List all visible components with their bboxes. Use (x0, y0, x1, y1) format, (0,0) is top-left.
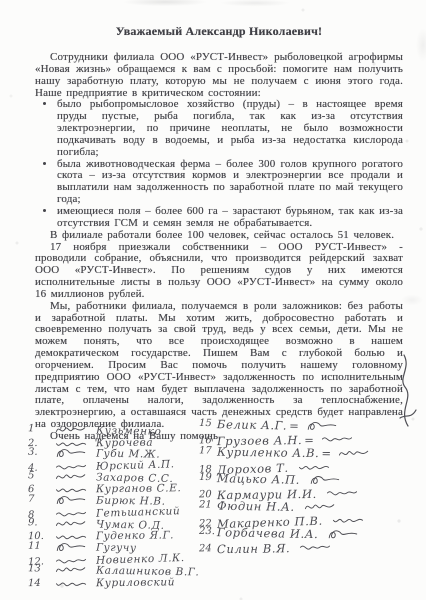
signature-scribble-icon (51, 494, 91, 507)
signature-scribble-icon (51, 577, 91, 589)
signature-name: Куриленко А.В. (217, 444, 320, 459)
problem-bullet-list: было рыбопромысловое хозяйство (пруды) –… (35, 99, 403, 229)
signature-number: 14 (28, 578, 46, 589)
signature-number: 9. (28, 517, 46, 528)
paragraph-intro: Сотрудники филиала ООО «РУСТ-Инвест» рыб… (35, 52, 403, 99)
signature-number: 3. (28, 447, 46, 458)
signature-scribble-icon (51, 517, 91, 530)
signature-name: Юрский А.П. (96, 458, 175, 472)
signature-scribble-icon (297, 460, 329, 473)
signature-name: Гетьшанский (96, 505, 181, 520)
signature-column-right: 15 Белик А.Г. = 16 Грузоев А.Н. = 17 Кур… (199, 419, 424, 554)
signature-equals-sign: = (289, 418, 299, 432)
signature-scribble-icon (51, 564, 91, 577)
signature-scribble-icon (309, 474, 341, 487)
paragraph-november-meeting: 17 ноября приезжали собственники – ООО Р… (35, 242, 403, 301)
signature-number: 21 (199, 500, 217, 511)
signature-number: 17 (199, 446, 217, 457)
signature-name: Силин В.Я. (217, 541, 290, 556)
bullet-item: имеющиеся поля – более 600 га – зарастаю… (56, 206, 403, 230)
signature-scribble-icon (51, 470, 91, 483)
signature-number: 1 (28, 424, 46, 435)
signature-name: Мацько А.П. (217, 471, 300, 487)
signature-scribble-icon (321, 433, 353, 445)
signature-section: 1 Кузьменко 2. Курочева 3. (28, 419, 424, 599)
signature-scribble-icon (304, 501, 336, 513)
signature-scribble-icon (306, 420, 338, 433)
bullet-item: была животноводческая ферма – более 300 … (56, 159, 403, 206)
signature-number: 7 (28, 494, 46, 505)
signature-scribble-icon (326, 487, 358, 499)
signature-name: Гугучу (96, 541, 137, 554)
signature-number: 13 (28, 564, 46, 575)
scanned-letter-page: Уважаемый Александр Николаевич! Сотрудни… (0, 0, 426, 600)
signature-name: Горбачева И.А. (217, 525, 319, 541)
signature-number: 11 (28, 541, 46, 552)
signature-row: 24 Силин В.Я. (199, 539, 424, 555)
signature-equals-sign: = (321, 446, 331, 460)
signature-number: 15 (199, 418, 217, 429)
signature-scribble-icon (51, 541, 91, 554)
signature-number: 23. (199, 526, 217, 537)
signature-scribble-icon (51, 424, 91, 437)
paragraph-staff-count: В филиале работали более 100 человек, се… (35, 230, 403, 242)
signature-column-left: 1 Кузьменко 2. Курочева 3. (28, 425, 214, 589)
signature-name: Фюдин Н.А. (217, 498, 295, 513)
signature-row: 14 Куриловский (28, 576, 214, 590)
signature-name: Курганов С.Е. (96, 483, 182, 496)
signature-number: 24 (199, 543, 217, 554)
signature-scribble-icon (327, 528, 359, 541)
paragraph-plea: Мы, работники филиала, получаемся в роли… (35, 301, 403, 431)
signature-scribble-icon (51, 447, 91, 460)
signature-number: 5 (28, 470, 46, 481)
salutation-line: Уважаемый Александр Николаевич! (35, 24, 403, 39)
signature-scribble-icon (299, 541, 331, 553)
bullet-item: было рыбопромысловое хозяйство (пруды) –… (56, 99, 403, 158)
signature-number: 19 (199, 472, 217, 483)
signature-name: Куриловский (96, 576, 175, 589)
scan-noise-speckles (0, 0, 2, 2)
signature-name: Белик А.Г. (217, 417, 287, 432)
letter-body: Уважаемый Александр Николаевич! Сотрудни… (35, 24, 403, 443)
signature-scribble-icon (332, 513, 364, 526)
signature-name: Гуденко Я.Г. (96, 529, 174, 542)
signature-equals-sign: = (304, 432, 314, 446)
